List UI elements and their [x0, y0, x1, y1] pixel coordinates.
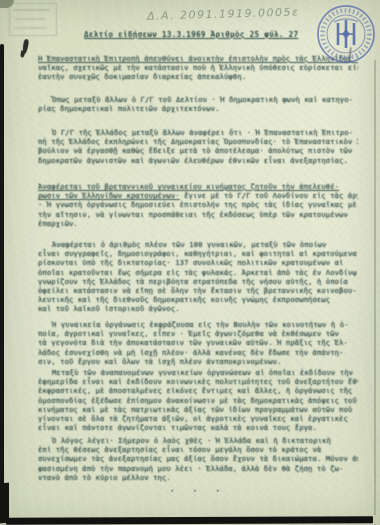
text-line: τὰ γεγονότα διὰ τὴν ἀποκατάστασιν τῶν γυ…	[38, 338, 358, 347]
text-line: λάδος ἐσυνεχίσθη νὰ μὴ ἰσχῇ πλέον· ἀλλὰ …	[38, 348, 358, 357]
text-line: κινήματος καὶ μὲ τὰς πατριωτικὰς ἀξίας τ…	[38, 405, 358, 414]
text-line: δημοκρατῶν ἀγωνιστῶν καὶ ἀγωνιῶν ἐλευθέρ…	[38, 156, 358, 165]
text-line: εἶναι καὶ πάντοτε ἀγωνίζονται τιμῶντας κ…	[38, 423, 358, 432]
text-line: ἐκφραστικές, μὲ ἀποσταλμένες εἰκόνες ἔντ…	[38, 386, 358, 395]
text-line: ντανὸ ἀπὸ τὸ κύριο μέλλον της.	[38, 473, 358, 482]
text-line: Ὅπως μεταξὺ ἄλλων ὁ Γ/Γ τοῦ Δελτίου · Ἡ …	[38, 95, 358, 104]
text-line: γνωρίζουν τῆς Ἑλλάδος τὰ περιβόητα στρατ…	[38, 277, 358, 286]
text-line: Μεταξὺ τῶν ἀναπαυομένων γυναικείων ὀργαν…	[38, 368, 358, 377]
text-line: ὁμοσπονδίας ἐξέδωσε ἐπίσημον ἀνακοίνωσιν…	[38, 396, 358, 405]
text-line: ὀφείλει κατάστασιν νὰ εἴπῃ σὲ ὅλην τὴν ἔ…	[38, 286, 358, 295]
paragraph: Ὁ λόγος λέγει· Σήμερον ὁ λαὸς χθὲς · Ἡ Ἑ…	[38, 436, 358, 482]
text-line: ρίας δημοκρατικαὶ πολιτειῶν ἀρχιτεκτόνων…	[38, 104, 358, 113]
text-line: Ἀναφέρεται ὁ ἀριθμὸς πλέον τῶν 100 γυναι…	[38, 240, 358, 249]
text-line: Ἀναφέρεται τοῦ βρεταννικοῦ γυναικείου κι…	[38, 182, 358, 191]
paragraph: Μεταξὺ τῶν ἀναπαυομένων γυναικείων ὀργαν…	[38, 368, 358, 432]
text-line: γίνονται σὲ ὅλα τὰ ζητήματα ἀξιῶν, οἱ ἀγ…	[38, 414, 358, 423]
typewritten-ink-layer: Δελτίο εἰδήσεων 13.3.1969 Ἀριθμὸς 25 φύλ…	[0, 0, 380, 525]
scanned-document-page: Δ.Α. 2091.1919.0005ε Δελτίο εἰδήσεων 13.…	[0, 0, 380, 525]
bulletin-header-line: Δελτίο εἰδήσεων 13.3.1969 Ἀριθμὸς 25 φύλ…	[84, 30, 298, 39]
text-line: Ὁ λόγος λέγει· Σήμερον ὁ λαὸς χθὲς · Ἡ Ἑ…	[38, 436, 358, 445]
text-line: βούλιον νὰ ἐργασθῇ καθὼς ἔδειξε μετὰ τὸ …	[38, 146, 358, 155]
text-line: ὁποῖαι κρατοῦνται ἕως σήμερα εἰς τὰς φυλ…	[38, 268, 358, 277]
text-line: Ἡ γυναικεία ὀργάνωσις ἐκφράζουσα εἰς τὴν…	[38, 320, 358, 329]
text-line: τὴν αἴτησιν, νὰ γίνωνται προσπάθειαι τῆς…	[38, 210, 358, 219]
text-line: Ὁ Γ/Γ τῆς Ἑλλάδος μεταξὺ ἄλλων ἀναφέρει …	[38, 128, 358, 137]
paragraph: Ὅπως μεταξὺ ἄλλων ὁ Γ/Γ τοῦ Δελτίου · Ἡ …	[38, 95, 358, 113]
text-line: · Ἡ γνωστὴ ὀργάνωσις δημοσιεύει ἐπιστολή…	[38, 200, 358, 209]
paragraph: Ὁ Γ/Γ τῆς Ἑλλάδος μεταξὺ ἄλλων ἀναφέρει …	[38, 128, 358, 165]
end-of-text-mark: · · ·	[38, 487, 358, 497]
text-line: ἑαυτὴν συνεχῶς δοκιμασίαν διαρκείας ἀπεκ…	[38, 72, 358, 81]
text-line: σιν, τοῦ ἔργου καὶ ὅλων τὰ ἰσχῆ πλέον ἀν…	[38, 357, 358, 366]
paragraph: Ἀναφέρεται ὁ ἀριθμὸς πλέον τῶν 100 γυναι…	[38, 240, 358, 314]
paragraph: Ἡ Ἐπαναστατικὴ Ἐπιτροπὴ ἀπευθύνει ἀνοικτ…	[38, 54, 358, 82]
paragraph: Ἀναφέρεται τοῦ βρεταννικοῦ γυναικείου κι…	[38, 182, 358, 228]
stamp-center-diamond	[342, 29, 350, 39]
text-line: καὶ τοῦ λαϊκοῦ ἱστορικοῦ ἀγῶνος.	[38, 304, 358, 313]
text-line: συνεχίσωμεν τὰς ἀνεξαρτησίας μας ἀξίας ὅ…	[38, 454, 358, 463]
text-line: ἐπαρχιῶν.	[38, 219, 358, 228]
round-blue-stamp	[314, 2, 378, 66]
text-line: φασισμένη ἀπὸ τὴν παρανομή μου λέει · Ἑλ…	[38, 464, 358, 473]
paragraph: Ἡ γυναικεία ὀργάνωσις ἐκφράζουσα εἰς τὴν…	[38, 320, 358, 366]
text-line: ρίσκονται ὑπὸ τῆς δικτατορίας· 137 συνολ…	[38, 258, 358, 267]
text-line: Ἡ Ἐπαναστατικὴ Ἐπιτροπὴ ἀπευθύνει ἀνοικτ…	[38, 54, 358, 63]
